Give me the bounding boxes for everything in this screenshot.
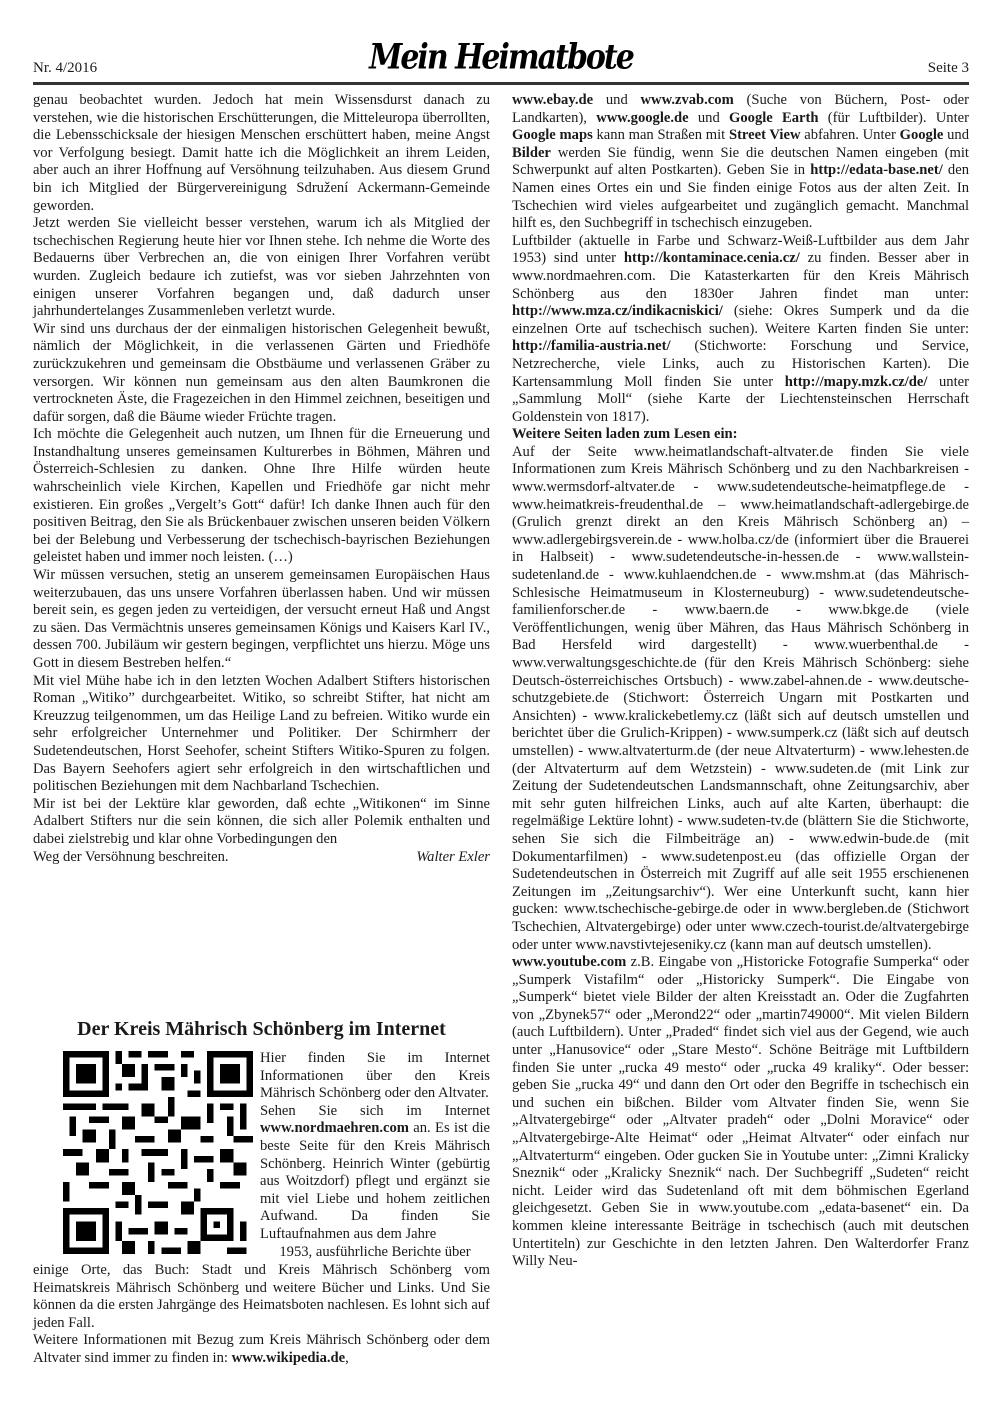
page-number: Seite 3	[928, 60, 969, 77]
links-paragraph-maps: Luftbilder (aktuelle in Farbe und Schwar…	[512, 233, 969, 427]
text-fragment: (für Luftbilder). Unter	[819, 110, 970, 126]
text-fragment: und	[943, 127, 969, 143]
web-link[interactable]: www.google.de	[596, 110, 688, 126]
web-link[interactable]: Street View	[729, 127, 801, 143]
internet-box-intro: Hier finden Sie im Internet Informatione…	[260, 1050, 490, 1261]
article-paragraph: Mit viel Mühe habe ich in den letzten Wo…	[33, 673, 490, 796]
web-link[interactable]: Bilder	[512, 145, 551, 161]
text-fragment: Sehen Sie sich im Internet	[260, 1103, 490, 1119]
continued-text: einige Orte, das Buch: Stadt und Kreis M…	[33, 1262, 490, 1332]
qr-code-icon[interactable]	[63, 1050, 253, 1255]
text-fragment: ,	[345, 1350, 349, 1366]
links-paragraph-search: www.ebay.de und www.zvab.com (Suche von …	[512, 92, 969, 233]
further-sites-heading: Weitere Seiten laden zum Lesen ein:	[512, 426, 969, 444]
web-link[interactable]: http://kontaminace.cenia.cz/	[624, 250, 800, 266]
intro-text: Hier finden Sie im Internet Informatione…	[260, 1050, 490, 1103]
article-paragraph: Ich möchte die Gelegenheit auch nutzen, …	[33, 426, 490, 567]
web-link[interactable]: Google maps	[512, 127, 593, 143]
text-fragment: an. Es ist die beste Seite für den Kreis…	[260, 1120, 490, 1242]
text-fragment: und	[593, 92, 640, 108]
internet-box-continued: einige Orte, das Buch: Stadt und Kreis M…	[33, 1262, 490, 1368]
article-paragraph: Mir ist bei der Lektüre klar geworden, d…	[33, 796, 490, 849]
right-column-links: www.ebay.de und www.zvab.com (Suche von …	[512, 92, 969, 1271]
web-link[interactable]: http://www.mza.cz/indikacniskici/	[512, 303, 723, 319]
continued-text-2: Weitere Informationen mit Bezug zum Krei…	[33, 1332, 490, 1367]
text-fragment: abfahren. Unter	[801, 127, 900, 143]
web-link[interactable]: http://mapy.mzk.cz/de/	[785, 374, 928, 390]
signature-line: Weg der Versöhnung beschreiten. Walter E…	[33, 849, 490, 867]
masthead-logo: Mein Heimatbote	[33, 37, 969, 77]
links-paragraph-youtube: www.youtube.com z.B. Eingabe von „Histor…	[512, 954, 969, 1271]
intro-last-line: 1953, ausführliche Berichte über	[260, 1244, 490, 1262]
web-link[interactable]: Google Earth	[729, 110, 819, 126]
page-header: Nr. 4/2016 Mein Heimatbote Seite 3	[33, 30, 969, 80]
wikipedia-link[interactable]: www.wikipedia.de	[232, 1350, 346, 1366]
text-fragment: und	[689, 110, 729, 126]
article-paragraph: Jetzt werden Sie vielleicht besser verst…	[33, 215, 490, 321]
nordmaehren-link[interactable]: www.nordmaehren.com	[260, 1120, 409, 1136]
author-signature: Walter Exler	[416, 849, 490, 867]
left-column-article: genau beobachtet wurden. Jedoch hat mein…	[33, 92, 490, 866]
web-link[interactable]: www.zvab.com	[641, 92, 734, 108]
web-link[interactable]: http://edata-base.net/	[810, 162, 943, 178]
internet-section-title: Der Kreis Mährisch Schönberg im Internet	[33, 1018, 490, 1041]
article-paragraph: Wir sind uns durchaus der der einmaligen…	[33, 321, 490, 427]
header-rule	[33, 82, 969, 85]
youtube-link[interactable]: www.youtube.com	[512, 954, 626, 970]
intro-text-2: Sehen Sie sich im Internet www.nordmaehr…	[260, 1103, 490, 1244]
web-link[interactable]: www.ebay.de	[512, 92, 593, 108]
web-link[interactable]: http://familia-austria.net/	[512, 338, 671, 354]
article-paragraph: Wir müssen versuchen, stetig an unserem …	[33, 567, 490, 673]
text-fragment: z.B. Eingabe von „Historicke Fotografie …	[512, 954, 969, 1269]
web-link[interactable]: Google	[900, 127, 944, 143]
text-fragment: kann man Straßen mit	[593, 127, 729, 143]
closing-line: Weg der Versöhnung beschreiten.	[33, 849, 229, 867]
article-paragraph: genau beobachtet wurden. Jedoch hat mein…	[33, 92, 490, 215]
links-paragraph-sites: Auf der Seite www.heimatlandschaft-altva…	[512, 444, 969, 954]
